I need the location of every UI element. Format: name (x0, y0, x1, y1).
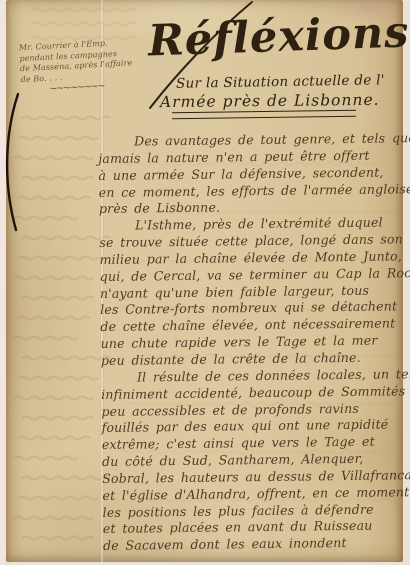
manuscript-body: Des avantages de tout genre, et tels que… (98, 130, 410, 555)
binding-thread (0, 88, 26, 238)
photo-backdrop: Mr. Courrier à l'Emp. pendant les campag… (0, 0, 410, 565)
subtitle-underline (172, 110, 356, 120)
manuscript-page: Mr. Courrier à l'Emp. pendant les campag… (6, 0, 403, 562)
document-title: Réfléxions (147, 0, 410, 75)
title-block: Réfléxions Sur la Situation actuelle de … (106, 8, 410, 126)
document-subtitle-line1: Sur la Situation actuelle de l' (176, 72, 385, 92)
document-subtitle-line2: Armée près de Lisbonne. (160, 91, 380, 111)
